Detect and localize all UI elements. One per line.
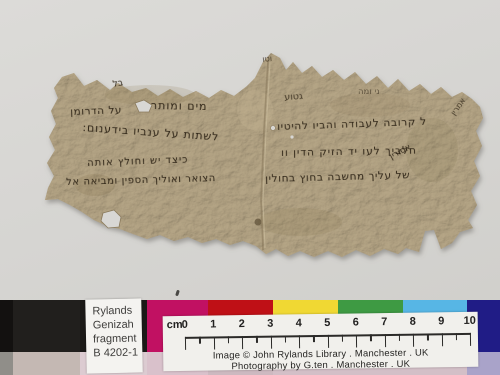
manuscript-line: אמרין	[449, 96, 467, 117]
ruler-tick	[413, 334, 415, 347]
manuscript-line: כיצד יש וחולץ אותה	[87, 154, 189, 169]
manuscript-line: ני ומה	[358, 87, 380, 97]
ruler-number: 1	[210, 318, 216, 330]
manuscript-line: לשתות על ענביו בידענום:	[82, 121, 219, 144]
manuscript-line: על הדרומן	[70, 104, 122, 118]
ruler-tick	[313, 335, 314, 342]
manuscript-line: וטו	[262, 54, 272, 64]
ruler-tick	[285, 335, 286, 342]
ruler-tick	[199, 337, 200, 344]
manuscript-line: הצואר ואוליך הספין ומביאה אל	[66, 173, 216, 188]
label-line: Genizah	[93, 317, 142, 332]
color-patch-black-2	[13, 300, 80, 352]
ruler-tick	[370, 334, 371, 341]
ruler-number: 7	[381, 316, 387, 328]
color-patch-warm-gray	[13, 352, 80, 375]
label-line: B 4202-1	[93, 345, 142, 360]
label-line: Rylands	[92, 303, 141, 318]
manuscript-line: של עליך מחשבה בחוץ בחולין	[265, 169, 410, 185]
ruler-tick	[213, 336, 215, 349]
ruler-number: 0	[182, 319, 188, 331]
ruler-tick	[441, 333, 443, 346]
manuscript-line: בל	[112, 78, 124, 90]
ruler-number: 6	[353, 316, 359, 328]
ruler-tick	[327, 335, 329, 348]
ruler-tick	[427, 333, 428, 340]
ruler-tick	[384, 334, 386, 347]
ruler-tick	[456, 333, 457, 340]
ruler-tick	[270, 336, 272, 349]
ruler-tick	[185, 337, 187, 350]
label-line: fragment	[93, 331, 142, 346]
ruler-number: 3	[267, 318, 273, 330]
manuscript-line: מים ומותר	[151, 99, 208, 113]
ruler-tick	[399, 334, 400, 341]
ruler-tick	[356, 334, 358, 347]
ruler-tick	[299, 335, 301, 348]
ruler-number: 5	[324, 317, 330, 329]
ruler-number: 8	[410, 316, 416, 328]
ruler-card: cm 012345678910 Image © John Rylands Lib…	[163, 312, 479, 371]
manuscript-line: ל קרובה לעבודה והביו להיטיו	[277, 116, 427, 133]
ruler-number: 9	[438, 315, 444, 327]
ruler-number: 10	[464, 315, 476, 327]
ruler-tick	[242, 336, 244, 349]
color-patch-gray	[0, 352, 13, 375]
ruler-tick	[470, 333, 472, 346]
ruler-number: 4	[296, 317, 302, 329]
ruler-tick	[228, 336, 229, 343]
reference-label-card: RylandsGenizahfragmentB 4202-1	[85, 298, 143, 373]
ruler-number: 2	[239, 318, 245, 330]
manuscript-line: גטוע	[284, 91, 303, 103]
ruler-tick	[342, 335, 343, 342]
ruler-tick	[256, 336, 257, 343]
ruler-unit-label: cm	[167, 319, 183, 331]
color-patch-black-1	[0, 300, 13, 352]
photograph: בלעל הדרומןמים ומותרלשתות על ענביו בידענ…	[0, 0, 500, 375]
